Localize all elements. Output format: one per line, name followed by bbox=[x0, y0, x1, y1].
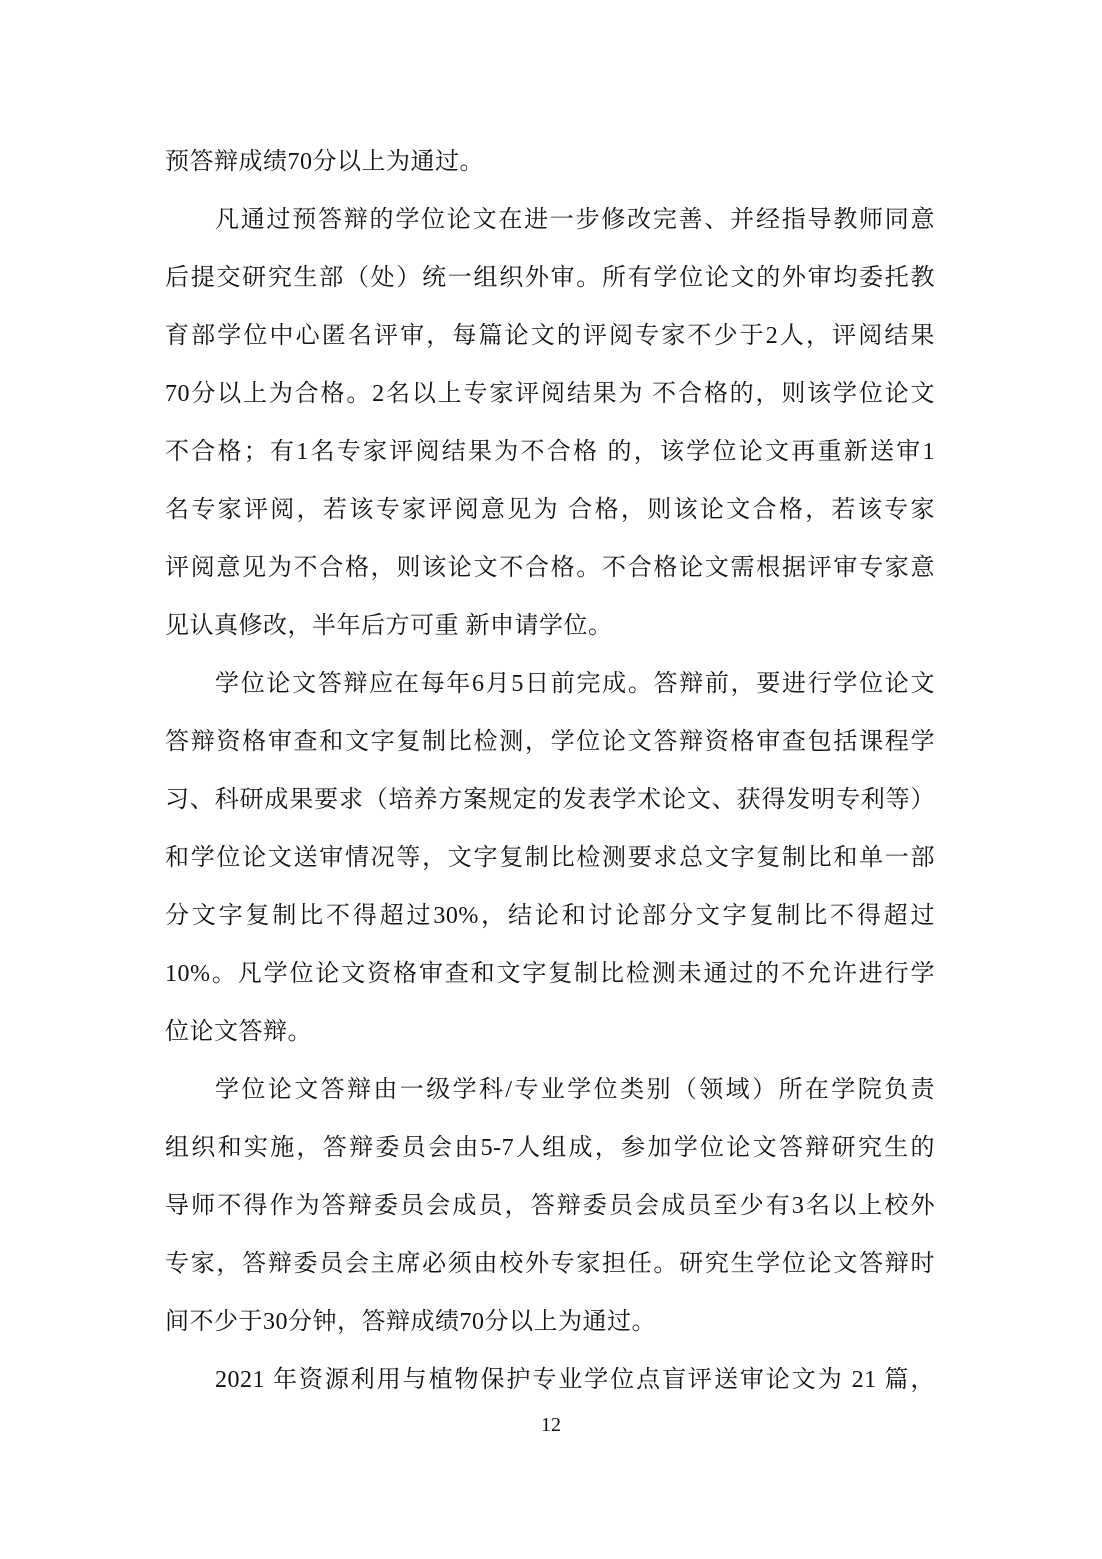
text-line: 凡通过预答辩的学位论文在进一步修改完善、并经指导教师同意 bbox=[165, 191, 935, 249]
text-line: 和学位论文送审情况等，文字复制比检测要求总文字复制比和单一部 bbox=[165, 829, 935, 887]
text-line: 导师不得作为答辩委员会成员，答辩委员会成员至少有3名以上校外 bbox=[165, 1177, 935, 1235]
text-line: 间不少于30分钟，答辩成绩70分以上为通过。 bbox=[165, 1293, 935, 1351]
text-line: 学位论文答辩由一级学科/专业学位类别（领域）所在学院负责 bbox=[165, 1061, 935, 1119]
text-line: 组织和实施，答辩委员会由5-7人组成，参加学位论文答辩研究生的 bbox=[165, 1119, 935, 1177]
page-number: 12 bbox=[0, 1412, 1102, 1438]
text-line: 分文字复制比不得超过30%，结论和讨论部分文字复制比不得超过 bbox=[165, 887, 935, 945]
text-line: 70分以上为合格。2名以上专家评阅结果为 不合格的，则该学位论文 bbox=[165, 365, 935, 423]
text-line: 名专家评阅，若该专家评阅意见为 合格，则该论文合格，若该专家 bbox=[165, 481, 935, 539]
text-line: 专家，答辩委员会主席必须由校外专家担任。研究生学位论文答辩时 bbox=[165, 1235, 935, 1293]
text-line: 育部学位中心匿名评审，每篇论文的评阅专家不少于2人，评阅结果 bbox=[165, 307, 935, 365]
text-line: 见认真修改，半年后方可重 新申请学位。 bbox=[165, 597, 935, 655]
text-line: 不合格；有1名专家评阅结果为不合格 的，该学位论文再重新送审1 bbox=[165, 423, 935, 481]
text-line: 习、科研成果要求（培养方案规定的发表学术论文、获得发明专利等） bbox=[165, 771, 935, 829]
text-line: 评阅意见为不合格，则该论文不合格。不合格论文需根据评审专家意 bbox=[165, 539, 935, 597]
text-line: 10%。凡学位论文资格审查和文字复制比检测未通过的不允许进行学 bbox=[165, 945, 935, 1003]
text-line: 位论文答辩。 bbox=[165, 1003, 935, 1061]
text-line: 学位论文答辩应在每年6月5日前完成。答辩前，要进行学位论文 bbox=[165, 655, 935, 713]
text-line: 预答辩成绩70分以上为通过。 bbox=[165, 133, 935, 191]
text-line: 答辩资格审查和文字复制比检测，学位论文答辩资格审查包括课程学 bbox=[165, 713, 935, 771]
text-line: 后提交研究生部（处）统一组织外审。所有学位论文的外审均委托教 bbox=[165, 249, 935, 307]
document-body: 预答辩成绩70分以上为通过。 凡通过预答辩的学位论文在进一步修改完善、并经指导教… bbox=[165, 133, 935, 1409]
text-line: 2021 年资源利用与植物保护专业学位点盲评送审论文为 21 篇， bbox=[165, 1351, 935, 1409]
document-page: 预答辩成绩70分以上为通过。 凡通过预答辩的学位论文在进一步修改完善、并经指导教… bbox=[0, 0, 1102, 1559]
